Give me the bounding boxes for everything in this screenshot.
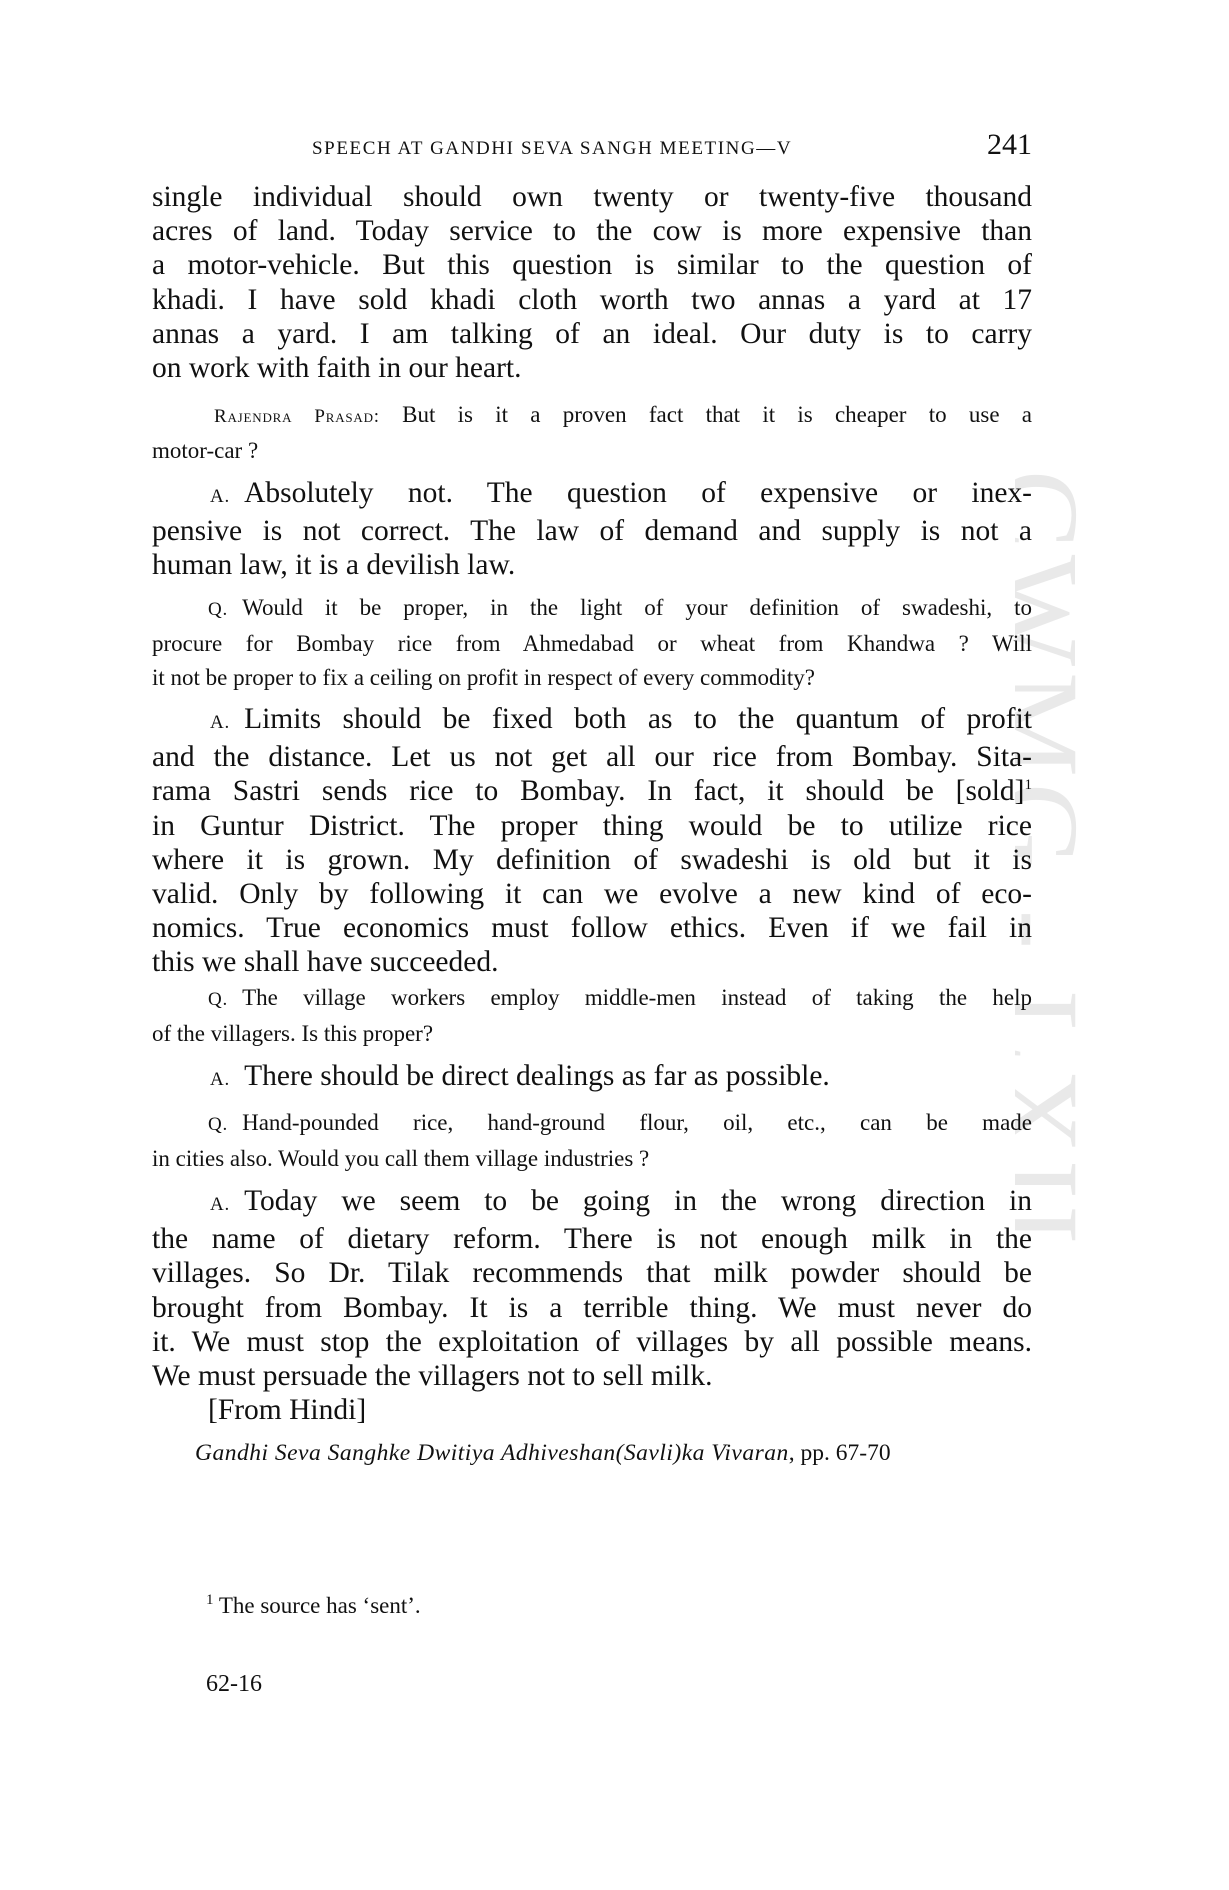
- document-page: CWMG - LXII SPEECH AT GANDHI SEVA SANGH …: [0, 0, 1229, 1890]
- page-header: SPEECH AT GANDHI SEVA SANGH MEETING—V 24…: [152, 128, 1032, 168]
- question-4: Q.Hand-pounded rice, hand-ground flour, …: [152, 1106, 1032, 1176]
- speaker-name: Rajendra Prasad:: [214, 406, 380, 427]
- text-line: We must persuade the villagers not to se…: [152, 1359, 1032, 1393]
- text-line: procure for Bombay rice from Ahmedabad o…: [152, 627, 1032, 661]
- text-line: a motor-vehicle. But this question is si…: [152, 248, 1032, 282]
- footnote-marker: 1: [206, 1592, 214, 1608]
- answer-label: A.: [210, 486, 230, 507]
- text-line: brought from Bombay. It is a terrible th…: [152, 1291, 1032, 1325]
- text-line: human law, it is a devilish law.: [152, 548, 1032, 582]
- text-line: A.Absolutely not. The question of expens…: [152, 476, 1032, 514]
- question-label: Q.: [208, 599, 228, 620]
- question-rajendra-prasad: Rajendra Prasad: But is it a proven fact…: [152, 398, 1032, 468]
- text-line: the name of dietary reform. There is not…: [152, 1222, 1032, 1256]
- page-number: 241: [987, 128, 1032, 162]
- text-line: A.Limits should be fixed both as to the …: [152, 702, 1032, 740]
- question-label: Q.: [208, 1114, 228, 1135]
- source-citation: Gandhi Seva Sanghke Dwitiya Adhiveshan(S…: [195, 1440, 891, 1467]
- text-line: A.Today we seem to be going in the wrong…: [152, 1184, 1032, 1222]
- text-line: nomics. True economics must follow ethic…: [152, 911, 1032, 945]
- text-line: rama Sastri sends rice to Bombay. In fac…: [152, 774, 1032, 808]
- text-line: pensive is not correct. The law of deman…: [152, 514, 1032, 548]
- footnote-text: The source has ‘sent’.: [219, 1593, 421, 1618]
- running-head: SPEECH AT GANDHI SEVA SANGH MEETING—V: [312, 138, 792, 160]
- text-line: Q.Would it be proper, in the light of yo…: [152, 591, 1032, 627]
- source-pages: , pp. 67-70: [789, 1440, 891, 1466]
- text-line: on work with faith in our heart.: [152, 351, 1032, 385]
- source-title: Gandhi Seva Sanghke Dwitiya Adhiveshan(S…: [195, 1440, 789, 1466]
- paragraph-continuation: single individual should own twenty or t…: [152, 180, 1032, 385]
- question-label: Q.: [208, 989, 228, 1010]
- answer-label: A.: [210, 712, 230, 733]
- translation-note: [From Hindi]: [208, 1394, 366, 1427]
- text-line: Q.Hand-pounded rice, hand-ground flour, …: [152, 1106, 1032, 1142]
- answer-label: A.: [210, 1194, 230, 1215]
- question-2: Q.Would it be proper, in the light of yo…: [152, 591, 1032, 695]
- text-line: of the villagers. Is this proper?: [152, 1017, 1032, 1051]
- text-line: in Guntur District. The proper thing wou…: [152, 809, 1032, 843]
- text-line: where it is grown. My definition of swad…: [152, 843, 1032, 877]
- text-line: valid. Only by following it can we evolv…: [152, 877, 1032, 911]
- text-line: in cities also. Would you call them vill…: [152, 1142, 1032, 1176]
- footnote-reference: 1: [1025, 777, 1033, 793]
- text-line: A.There should be direct dealings as far…: [152, 1059, 1032, 1097]
- footnote: 1 The source has ‘sent’.: [206, 1593, 421, 1619]
- answer-label: A.: [210, 1069, 230, 1090]
- text-line: acres of land. Today service to the cow …: [152, 214, 1032, 248]
- answer-4: A.Today we seem to be going in the wrong…: [152, 1184, 1032, 1393]
- answer-1: A.Absolutely not. The question of expens…: [152, 476, 1032, 583]
- text-line: and the distance. Let us not get all our…: [152, 740, 1032, 774]
- text-line: single individual should own twenty or t…: [152, 180, 1032, 214]
- text-line: annas a yard. I am talking of an ideal. …: [152, 317, 1032, 351]
- text-line: khadi. I have sold khadi cloth worth two…: [152, 283, 1032, 317]
- question-3: Q.The village workers employ middle-men …: [152, 981, 1032, 1051]
- signature-mark: 62-16: [206, 1671, 262, 1698]
- text-line: villages. So Dr. Tilak recommends that m…: [152, 1256, 1032, 1290]
- text-line: this we shall have succeeded.: [152, 945, 1032, 979]
- text-line: Q.The village workers employ middle-men …: [152, 981, 1032, 1017]
- text-line: it not be proper to fix a ceiling on pro…: [152, 661, 1032, 695]
- answer-3: A.There should be direct dealings as far…: [152, 1059, 1032, 1097]
- answer-2: A.Limits should be fixed both as to the …: [152, 702, 1032, 980]
- text-line: it. We must stop the exploitation of vil…: [152, 1325, 1032, 1359]
